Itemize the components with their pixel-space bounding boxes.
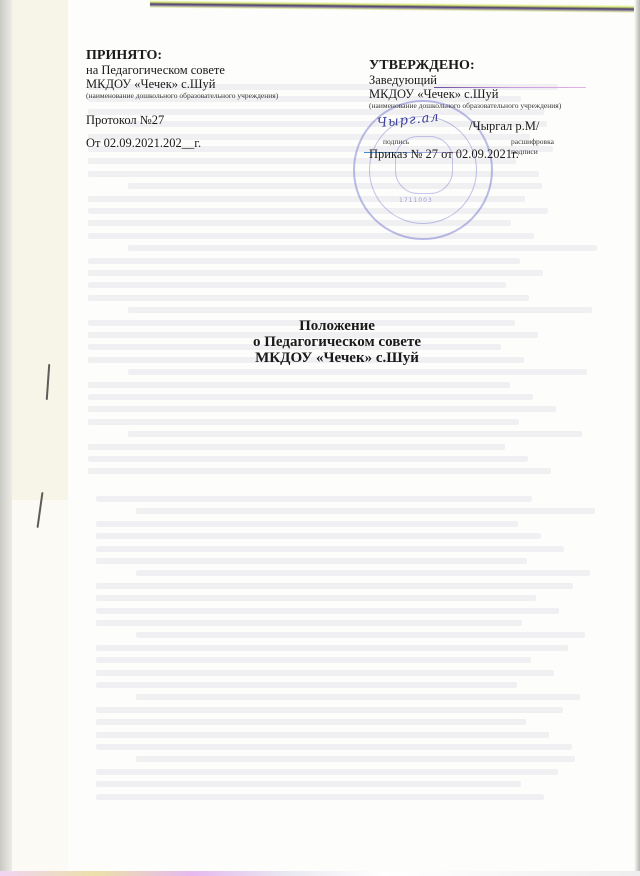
paper-margin-strip-lower xyxy=(12,500,68,876)
scan-top-edge xyxy=(150,0,640,13)
accepted-organization: МКДОУ «Чечек» с.Шуй xyxy=(86,77,278,91)
handwritten-signature: Чырг.ал xyxy=(376,110,440,131)
document-title: Положение о Педагогическом совете МКДОУ … xyxy=(0,318,640,366)
accepted-heading: ПРИНЯТО: xyxy=(86,48,278,63)
protocol-date: От 02.09.2021.202__г. xyxy=(86,136,278,150)
signature-hint: подпись xyxy=(383,137,409,147)
title-line-3: МКДОУ «Чечек» с.Шуй xyxy=(34,350,640,366)
approved-position: Заведующий xyxy=(369,73,561,87)
accepted-block: ПРИНЯТО: на Педагогическом совете МКДОУ … xyxy=(86,48,278,150)
scan-right-edge xyxy=(634,0,640,876)
name-hint: расшифровка подписи xyxy=(511,137,561,157)
approved-heading: УТВЕРЖДЕНО: xyxy=(369,58,561,73)
approved-organization-hint: (наименование дошкольного образовательно… xyxy=(369,101,561,111)
signatory-name: /Чыргал р.М/ xyxy=(469,119,539,134)
approved-organization: МКДОУ «Чечек» с.Шуй xyxy=(369,87,561,101)
accepted-council: на Педагогическом совете xyxy=(86,63,278,77)
accepted-organization-hint: (наименование дошкольного образовательно… xyxy=(86,91,278,101)
scan-bottom-edge xyxy=(0,871,640,876)
title-line-2: о Педагогическом совете xyxy=(34,334,640,350)
title-line-1: Положение xyxy=(34,318,640,334)
stamp-ogrn: 1711003 xyxy=(399,197,433,204)
approved-block: УТВЕРЖДЕНО: Заведующий МКДОУ «Чечек» с.Ш… xyxy=(369,58,561,161)
protocol-number: Протокол №27 xyxy=(86,113,278,127)
